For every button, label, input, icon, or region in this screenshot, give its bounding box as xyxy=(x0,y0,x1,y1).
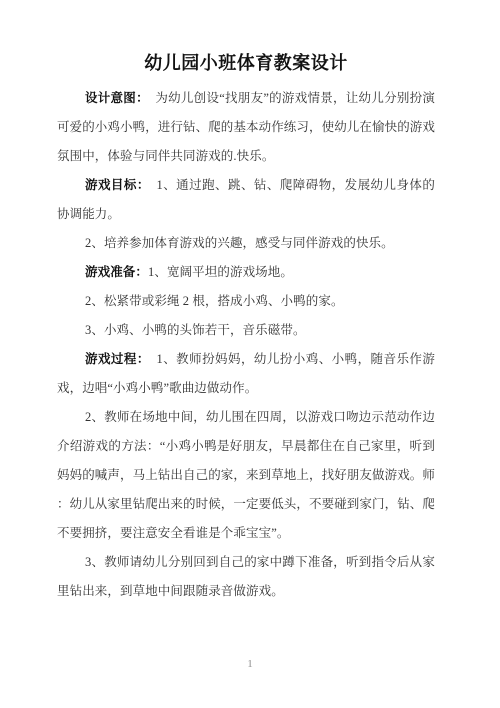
paragraph-process-2: 2、教师在场地中间，幼儿围在四周，以游戏口吻边示范动作边介绍游戏的方法：“小鸡小… xyxy=(57,403,435,548)
section-label-game-process: 游戏过程： xyxy=(85,352,144,366)
paragraph-text: 2、松紧带或彩绳 2 根，搭成小鸡、小鸭的家。 xyxy=(85,294,344,308)
document-title: 幼儿园小班体育教案设计 xyxy=(57,50,435,76)
section-label-design-intent: 设计意图： xyxy=(85,91,143,105)
paragraph-text: 2、教师在场地中间，幼儿围在四周，以游戏口吻边示范动作边介绍游戏的方法：“小鸡小… xyxy=(57,410,435,540)
paragraph-game-process: 游戏过程： 1、教师扮妈妈，幼儿扮小鸡、小鸭，随音乐作游戏，边唱“小鸡小鸭”歌曲… xyxy=(57,345,435,403)
paragraph-text: 1、宽阔平坦的游戏场地。 xyxy=(148,265,293,279)
document-body: 设计意图： 为幼儿创设“找朋友”的游戏情景，让幼儿分别扮演可爱的小鸡小鸭，进行钻… xyxy=(57,84,435,606)
paragraph-text: 2、培养参加体育游戏的兴趣，感受与同伴游戏的快乐。 xyxy=(85,236,394,250)
paragraph-preparation-3: 3、小鸡、小鸭的头饰若干，音乐磁带。 xyxy=(57,316,435,345)
paragraph-text: 3、教师请幼儿分别回到自己的家中蹲下准备，听到指令后从家里钻出来，到草地中间跟随… xyxy=(57,555,435,598)
section-label-game-preparation: 游戏准备： xyxy=(85,265,148,279)
page-number: 1 xyxy=(0,658,500,670)
paragraph-goal-2: 2、培养参加体育游戏的兴趣，感受与同伴游戏的快乐。 xyxy=(57,229,435,258)
paragraph-design-intent: 设计意图： 为幼儿创设“找朋友”的游戏情景，让幼儿分别扮演可爱的小鸡小鸭，进行钻… xyxy=(57,84,435,171)
document-page: 幼儿园小班体育教案设计 设计意图： 为幼儿创设“找朋友”的游戏情景，让幼儿分别扮… xyxy=(0,0,500,708)
section-label-game-goals: 游戏目标： xyxy=(85,178,144,192)
paragraph-preparation-2: 2、松紧带或彩绳 2 根，搭成小鸡、小鸭的家。 xyxy=(57,287,435,316)
paragraph-game-preparation: 游戏准备：1、宽阔平坦的游戏场地。 xyxy=(57,258,435,287)
paragraph-process-3: 3、教师请幼儿分别回到自己的家中蹲下准备，听到指令后从家里钻出来，到草地中间跟随… xyxy=(57,548,435,606)
paragraph-text: 3、小鸡、小鸭的头饰若干，音乐磁带。 xyxy=(85,323,306,337)
paragraph-game-goals: 游戏目标： 1、通过跑、跳、钻、爬障碍物，发展幼儿身体的协调能力。 xyxy=(57,171,435,229)
